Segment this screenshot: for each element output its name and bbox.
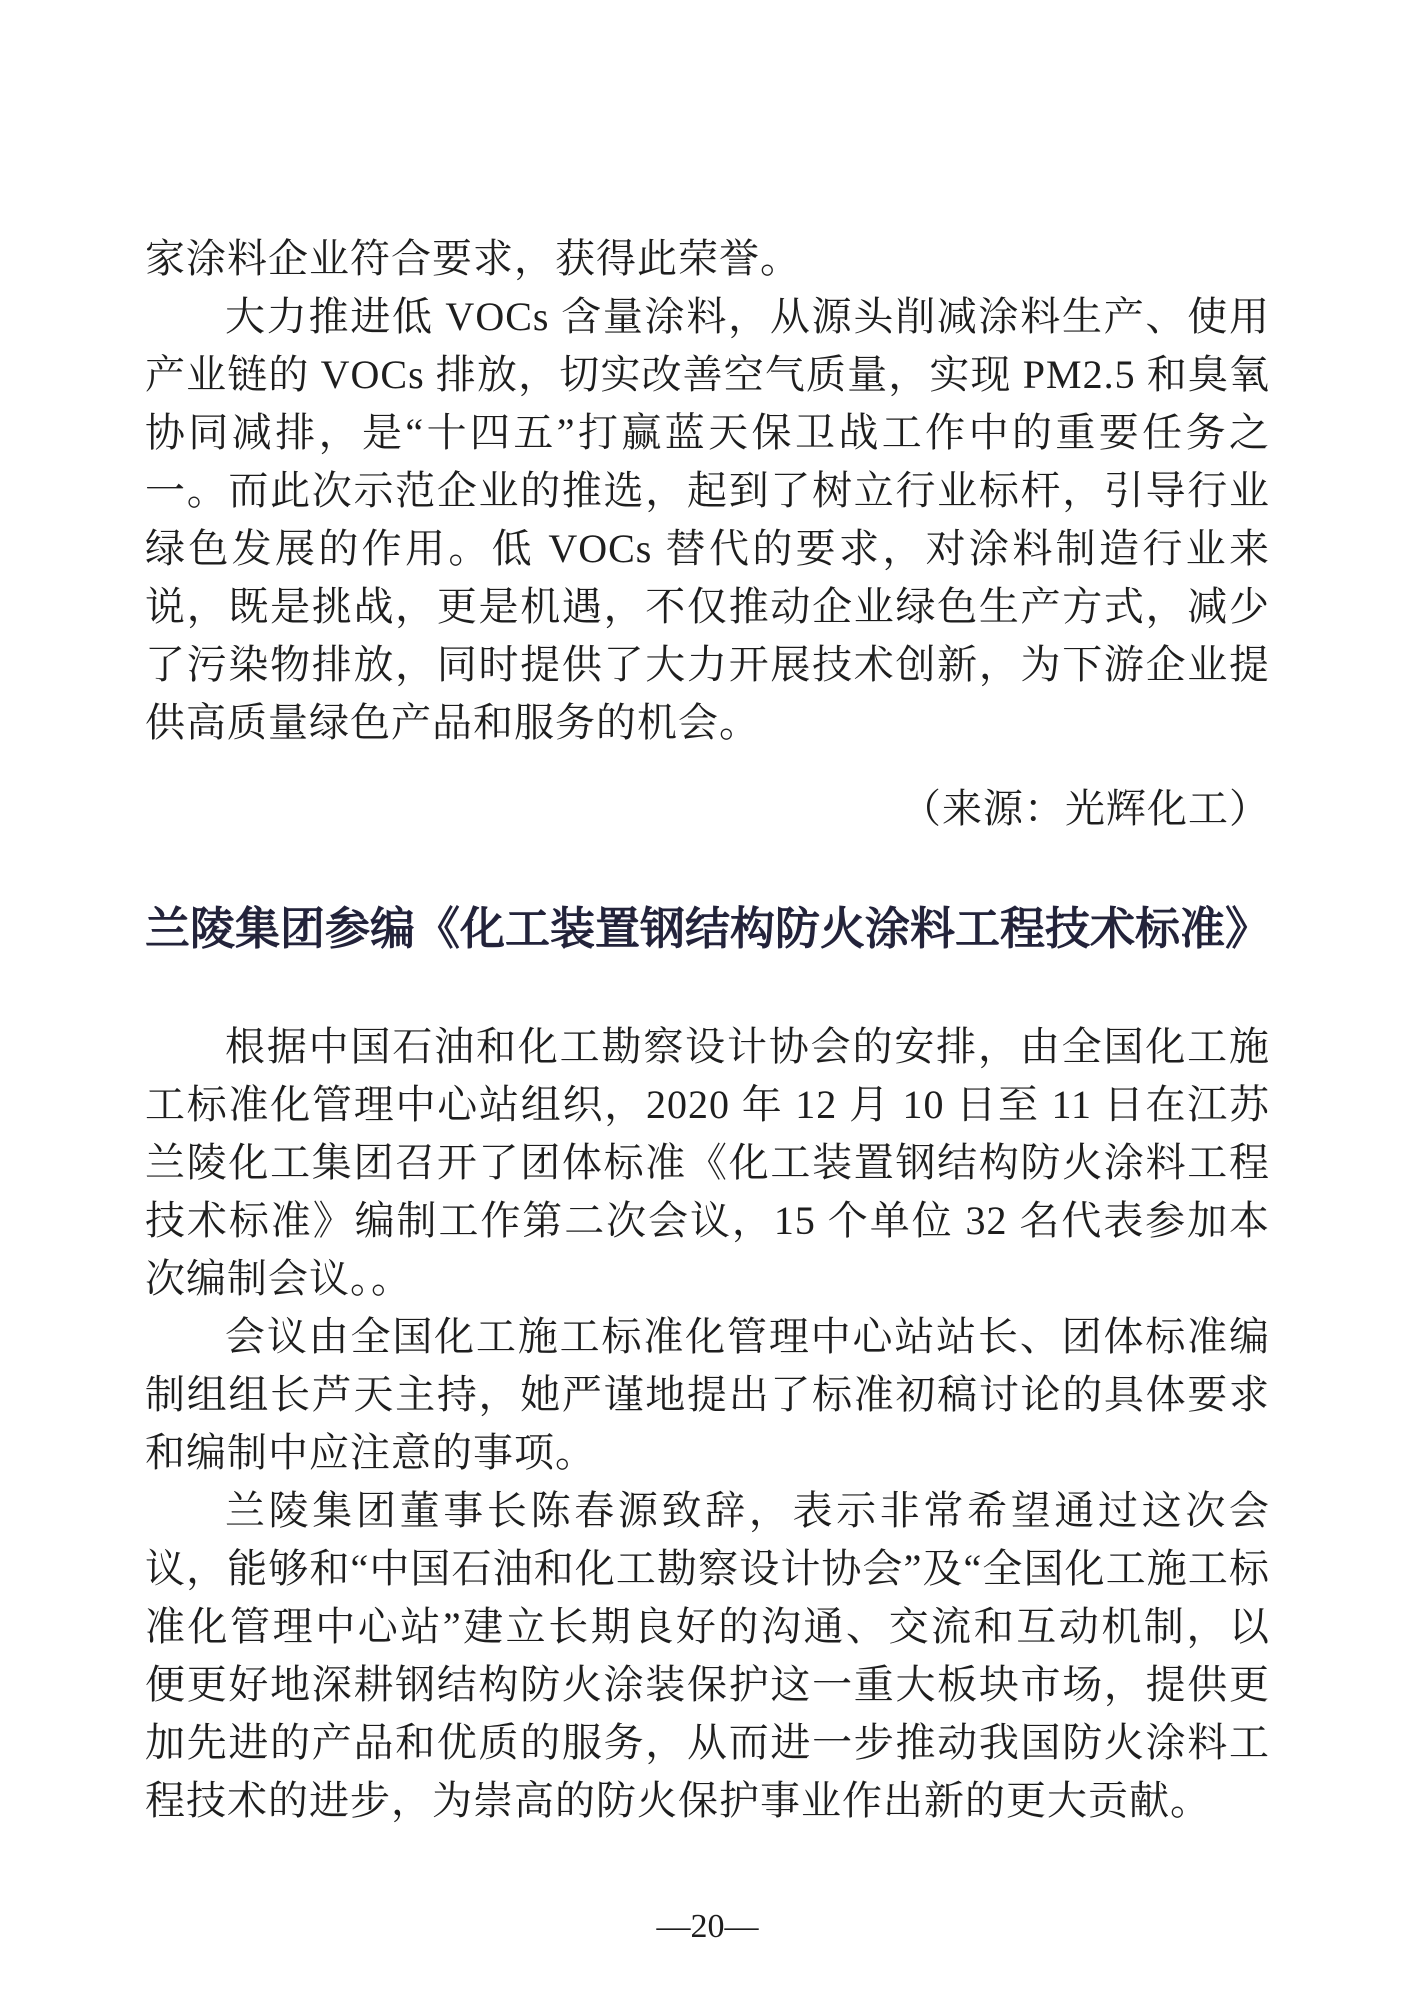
paragraph: 大力推进低 VOCs 含量涂料，从源头削减涂料生产、使用产业链的 VOCs 排放… <box>145 288 1270 752</box>
source-attribution: （来源：光辉化工） <box>145 780 1270 838</box>
paragraph: 根据中国石油和化工勘察设计协会的安排，由全国化工施工标准化管理中心站组织，202… <box>145 1018 1270 1308</box>
previous-article-body: 家涂料企业符合要求，获得此荣誉。 大力推进低 VOCs 含量涂料，从源头削减涂料… <box>145 230 1270 752</box>
article-title: 兰陵集团参编《化工装置钢结构防火涂料工程技术标准》 <box>145 896 1270 962</box>
page-number: —20— <box>145 1905 1270 1949</box>
paragraph: 兰陵集团董事长陈春源致辞，表示非常希望通过这次会议，能够和“中国石油和化工勘察设… <box>145 1482 1270 1830</box>
document-page: 家涂料企业符合要求，获得此荣誉。 大力推进低 VOCs 含量涂料，从源头削减涂料… <box>0 0 1415 2000</box>
paragraph: 会议由全国化工施工标准化管理中心站站长、团体标准编制组组长芦天主持，她严谨地提出… <box>145 1308 1270 1482</box>
current-article-body: 根据中国石油和化工勘察设计协会的安排，由全国化工施工标准化管理中心站组织，202… <box>145 1018 1270 1830</box>
paragraph: 家涂料企业符合要求，获得此荣誉。 <box>145 230 1270 288</box>
